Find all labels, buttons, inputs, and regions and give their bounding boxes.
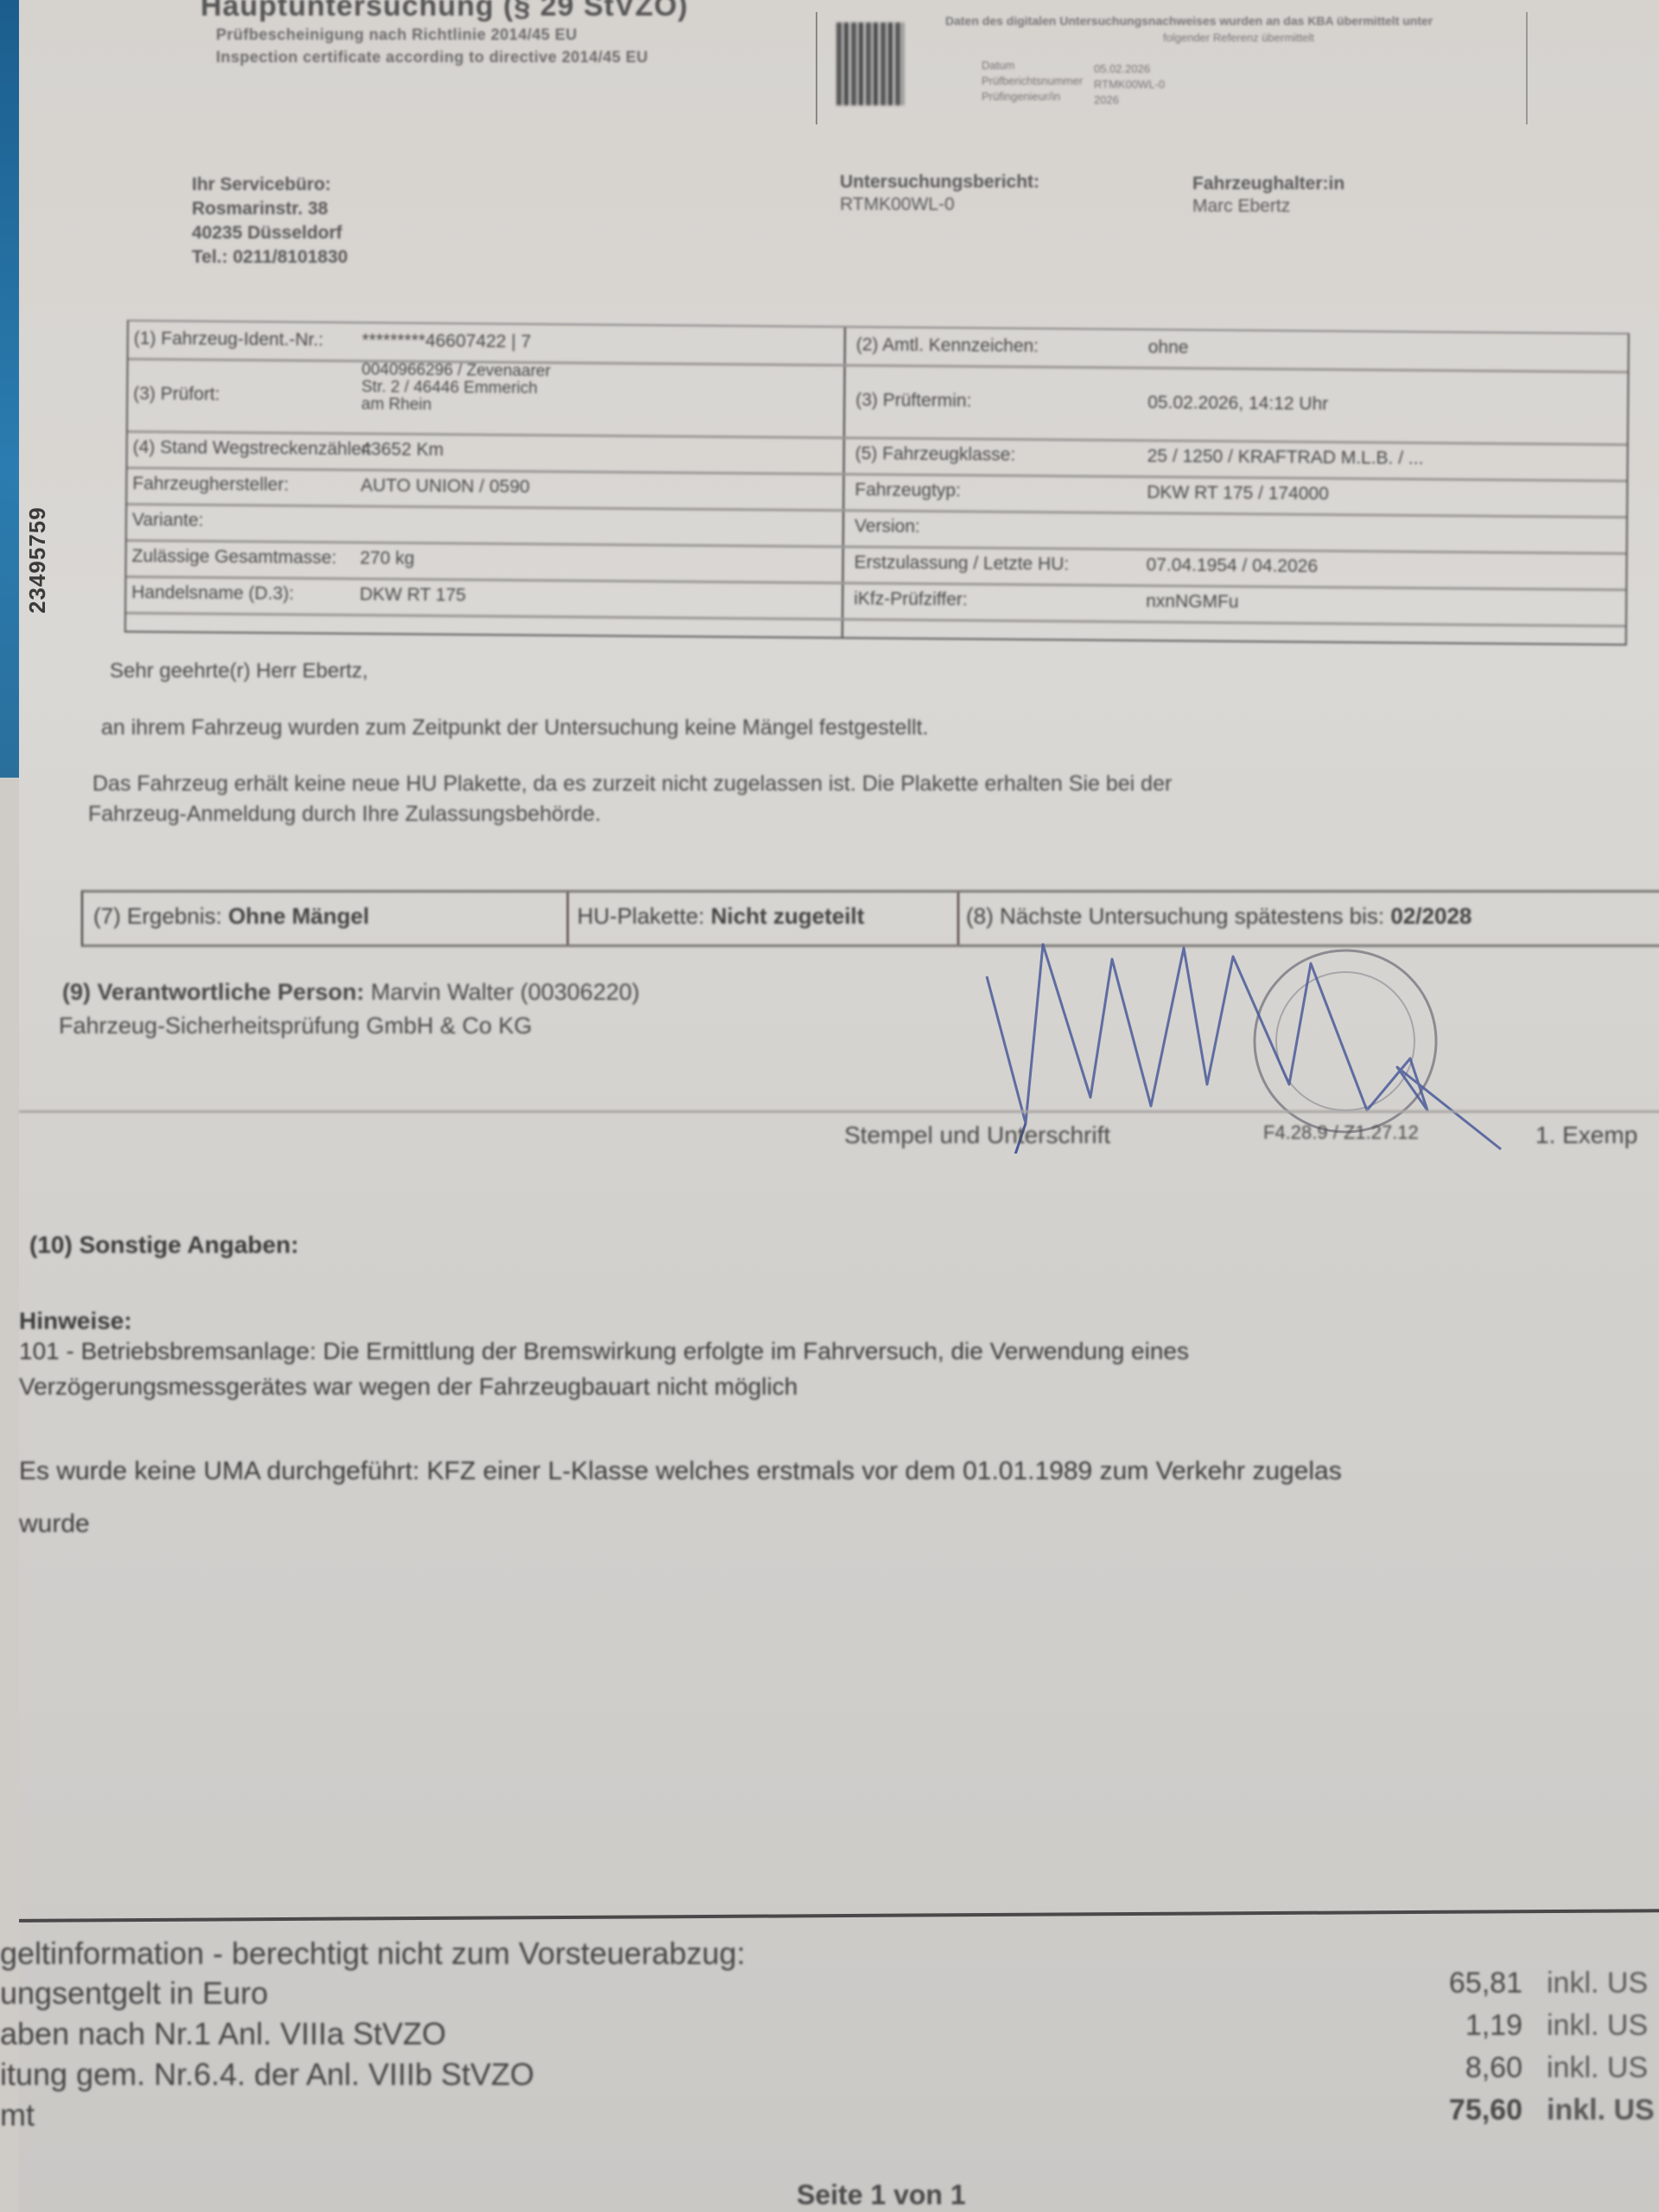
responsible-label: (9) Verantwortliche Person: (62, 979, 365, 1005)
next-inspection-value: 02/2028 (1390, 903, 1471, 929)
field-label: Handelsname (D.3): (131, 582, 294, 605)
owner-label: Fahrzeughalter:in (1192, 173, 1344, 195)
fee-tax-note: inkl. US (1547, 2051, 1648, 2085)
fee-amount: 65,81 (1384, 1967, 1522, 2000)
field-value: 25 / 1250 / KRAFTRAD M.L.B. / ... (1147, 446, 1424, 469)
fee-amount: 8,60 (1384, 2051, 1522, 2085)
service-office-street: Rosmarinstr. 38 (192, 197, 348, 221)
plakette-text-2: Fahrzeug-Anmeldung durch Ihre Zulassungs… (88, 802, 601, 827)
responsible-person: (9) Verantwortliche Person: Marvin Walte… (62, 979, 639, 1006)
field-value: 07.04.1954 / 04.2026 (1146, 555, 1318, 577)
fee-label: ungsentgelt in Euro (0, 1975, 268, 2012)
fees-divider (19, 1909, 1659, 1923)
field-value: 0040966296 / Zevenaarer Str. 2 / 46446 E… (361, 361, 561, 415)
signature-line (19, 1110, 1659, 1113)
page-number: Seite 1 von 1 (797, 2179, 966, 2211)
result-divider-1 (567, 893, 569, 944)
next-inspection-cell: (8) Nächste Untersuchung spätestens bis:… (966, 903, 1471, 930)
digital-record-box: Daten des digitalen Untersuchungsnachwei… (816, 12, 1528, 124)
vehicle-data-table: (1) Fahrzeug-Ident.-Nr.:*********4660742… (124, 320, 1630, 645)
qr-value-1: 05.02.2026 (1094, 62, 1150, 75)
next-inspection-label: (8) Nächste Untersuchung spätestens bis: (966, 903, 1384, 929)
service-office-phone: Tel.: 0211/8101830 (192, 245, 348, 270)
uma-line-2: wurde (19, 1510, 90, 1539)
salutation: Sehr geehrte(r) Herr Ebertz, (110, 659, 368, 683)
fee-amount: 75,60 (1384, 2094, 1522, 2127)
plakette-value: Nicht zugeteilt (711, 903, 865, 929)
report-number: RTMK00WL-0 (840, 194, 1039, 216)
plakette-text-1: Das Fahrzeug erhält keine neue HU Plaket… (92, 772, 1172, 797)
field-value: DKW RT 175 (359, 584, 466, 606)
result-value: Ohne Mängel (228, 903, 369, 929)
fee-amount: 1,19 (1384, 2009, 1522, 2043)
service-office-city: 40235 Düsseldorf (192, 221, 348, 245)
report-number-block: Untersuchungsbericht: RTMK00WL-0 (840, 171, 1039, 216)
owner-block: Fahrzeughalter:in Marc Ebertz (1192, 173, 1344, 218)
background-edge (0, 0, 19, 778)
field-label: (2) Amtl. Kennzeichen: (856, 334, 1039, 357)
qr-value-2: RTMK00WL-0 (1094, 78, 1165, 91)
field-label: (5) Fahrzeugklasse: (855, 443, 1016, 466)
fees-heading: geltinformation - berechtigt nicht zum V… (0, 1935, 745, 1972)
responsible-name: Marvin Walter (00306220) (371, 979, 639, 1005)
report-label: Untersuchungsbericht: (840, 171, 1039, 194)
fee-tax-note: inkl. US (1547, 2009, 1648, 2043)
inspection-document: Hauptuntersuchung (§ 29 StVZO) Prüfbesch… (19, 0, 1659, 2212)
owner-name: Marc Ebertz (1192, 195, 1344, 218)
signature-label: Stempel und Unterschrift (844, 1122, 1110, 1149)
qr-label-1: Datum (982, 59, 1014, 72)
hints-label: Hinweise: (19, 1307, 132, 1335)
service-office: Ihr Servicebüro: Rosmarinstr. 38 40235 D… (192, 173, 348, 270)
result-divider-2 (957, 893, 959, 944)
field-label: (3) Prüfort: (133, 384, 220, 405)
result-label: (7) Ergebnis: (93, 903, 222, 929)
fee-tax-note: inkl. US (1547, 1967, 1648, 2000)
field-value: ohne (1148, 337, 1189, 358)
qr-label-2: Prüfberichtsnummer (982, 74, 1083, 87)
subtitle-en: Inspection certificate according to dire… (216, 48, 648, 67)
field-label: (1) Fahrzeug-Ident.-Nr.: (134, 328, 324, 351)
field-value: DKW RT 175 / 174000 (1147, 482, 1329, 505)
field-value: 270 kg (359, 548, 414, 569)
field-label: iKfz-Prüfziffer: (854, 588, 968, 610)
field-value: AUTO UNION / 0590 (360, 475, 530, 498)
field-label: Variante: (132, 510, 204, 531)
serial-number: 23495759 (24, 506, 51, 613)
qr-notice-2: folgender Referenz übermittelt (1163, 31, 1314, 44)
uma-line-1: Es wurde keine UMA durchgeführt: KFZ ein… (19, 1457, 1342, 1486)
fee-tax-note: inkl. US (1547, 2094, 1655, 2127)
plakette-cell: HU-Plakette: Nicht zugeteilt (577, 903, 864, 930)
fee-label: aben nach Nr.1 Anl. VIIIa StVZO (0, 2016, 446, 2052)
qr-value-3: 2026 (1094, 93, 1119, 106)
result-cell: (7) Ergebnis: Ohne Mängel (93, 903, 369, 930)
form-code: F4.28.9 / Z1.27.12 (1263, 1122, 1419, 1144)
field-value: nxnNGMFu (1146, 591, 1239, 613)
field-value: 05.02.2026, 14:12 Uhr (1147, 392, 1328, 415)
qr-code-icon (836, 22, 904, 105)
hint-line-2: Verzögerungsmessgerätes war wegen der Fa… (19, 1373, 798, 1401)
hint-line-1: 101 - Betriebsbremsanlage: Die Ermittlun… (19, 1338, 1189, 1365)
other-info-heading: (10) Sonstige Angaben: (29, 1231, 299, 1259)
qr-notice-1: Daten des digitalen Untersuchungsnachwei… (945, 14, 1433, 28)
field-label: (3) Prüftermin: (855, 390, 971, 411)
qr-label-3: Prüfingenieur/in (982, 90, 1060, 103)
field-label: Zulässige Gesamtmasse: (132, 546, 337, 569)
field-label: Fahrzeugtyp: (855, 480, 961, 501)
plakette-label: HU-Plakette: (577, 903, 704, 929)
responsible-company: Fahrzeug-Sicherheitsprüfung GmbH & Co KG (59, 1013, 532, 1039)
subtitle-de: Prüfbescheinigung nach Richtlinie 2014/4… (216, 26, 577, 44)
no-defects-text: an ihrem Fahrzeug wurden zum Zeitpunkt d… (101, 715, 928, 741)
document-title: Hauptuntersuchung (§ 29 StVZO) (200, 0, 689, 23)
field-label: (4) Stand Wegstreckenzähler: (133, 437, 373, 460)
fee-label: itung gem. Nr.6.4. der Anl. VIIIb StVZO (0, 2056, 534, 2093)
field-label: Version: (855, 516, 920, 537)
field-value: *********46607422 | 7 (362, 330, 531, 353)
service-office-label: Ihr Servicebüro: (192, 173, 348, 197)
field-label: Fahrzeughersteller: (132, 474, 289, 496)
copy-label: 1. Exemp (1535, 1122, 1637, 1149)
fee-label: mt (0, 2097, 35, 2133)
field-label: Erstzulassung / Letzte HU: (854, 552, 1069, 575)
field-value: 43652 Km (361, 439, 444, 461)
